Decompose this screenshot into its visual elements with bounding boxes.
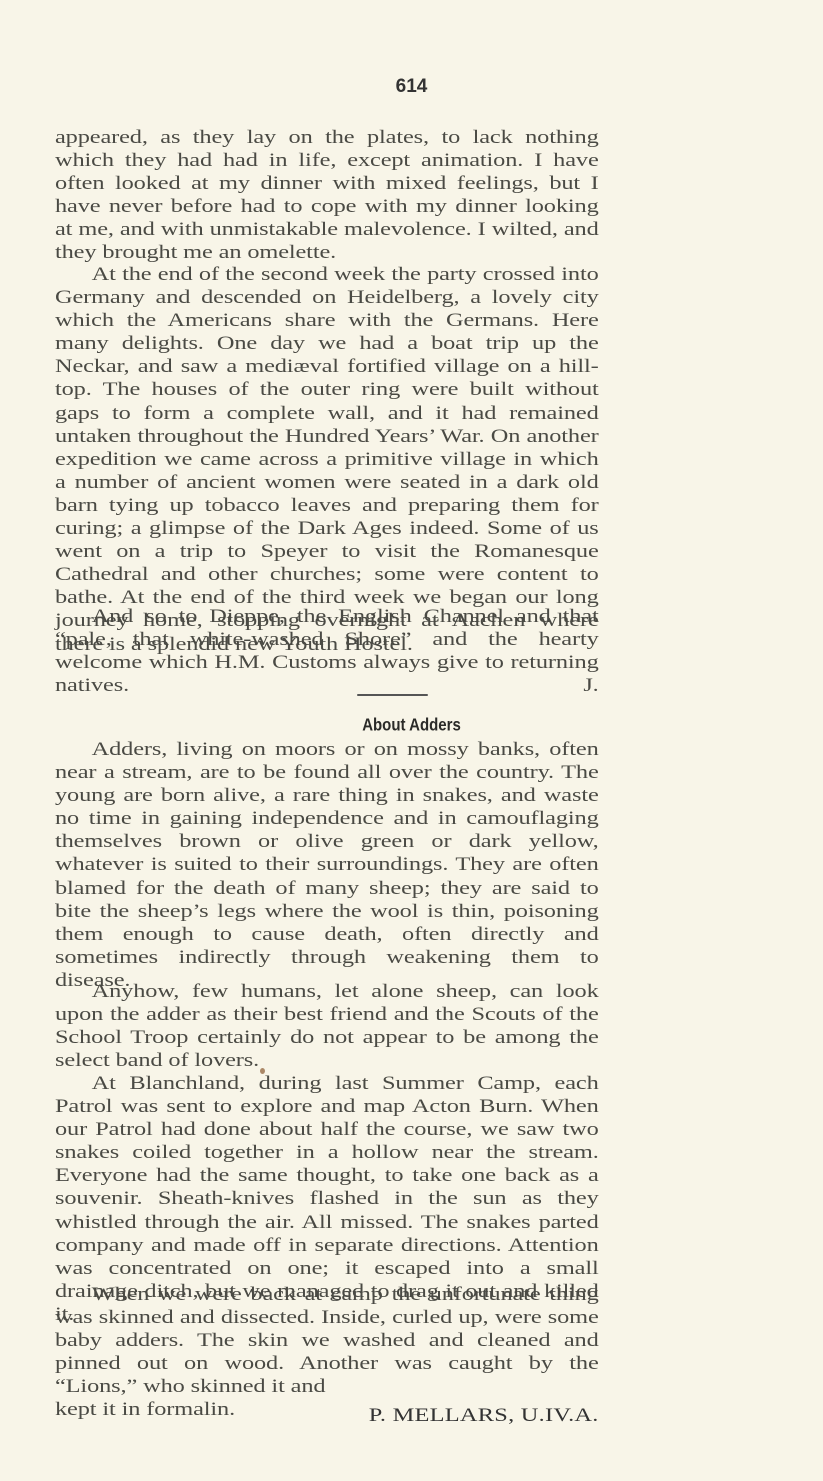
article1-paragraph-2-container: At the end of the second week the party … (55, 263, 599, 656)
article2-title: About Adders (0, 716, 823, 736)
article2-paragraph: Anyhow, few humans, let alone sheep, can… (55, 980, 599, 1072)
article1-paragraph-closing: And so to Dieppe, the English Channel an… (55, 605, 599, 697)
article1-paragraph-3-container: And so to Dieppe, the English Channel an… (55, 605, 599, 697)
article2-paragraph: Adders, living on moors or on mossy bank… (55, 738, 599, 992)
article2-paragraph-2-container: Anyhow, few humans, let alone sheep, can… (55, 980, 599, 1072)
article1-paragraph-1-container: appeared, as they lay on the plates, to … (55, 126, 599, 265)
page-number: 614 (0, 76, 823, 98)
paper-stain (260, 1068, 265, 1074)
article2-paragraph-1-container: Adders, living on moors or on mossy bank… (55, 738, 599, 992)
article2-signature: P. MELLARS, U.IV.A. (369, 1404, 599, 1427)
article1-paragraph-text: And so to Dieppe, the English Channel an… (55, 606, 599, 696)
article2-paragraph-4-container: When we were back at camp the unfortunat… (55, 1283, 599, 1422)
section-divider (357, 694, 428, 696)
article2-paragraph: When we were back at camp the unfortunat… (55, 1283, 599, 1398)
article1-paragraph: At the end of the second week the party … (55, 263, 599, 656)
article1-paragraph: appeared, as they lay on the plates, to … (55, 126, 599, 265)
article2-final-text: kept it in formalin. (55, 1398, 235, 1421)
article2-closing-line: kept it in formalin. P. MELLARS, U.IV.A. (55, 1398, 599, 1421)
article1-signature: J. (547, 674, 599, 697)
